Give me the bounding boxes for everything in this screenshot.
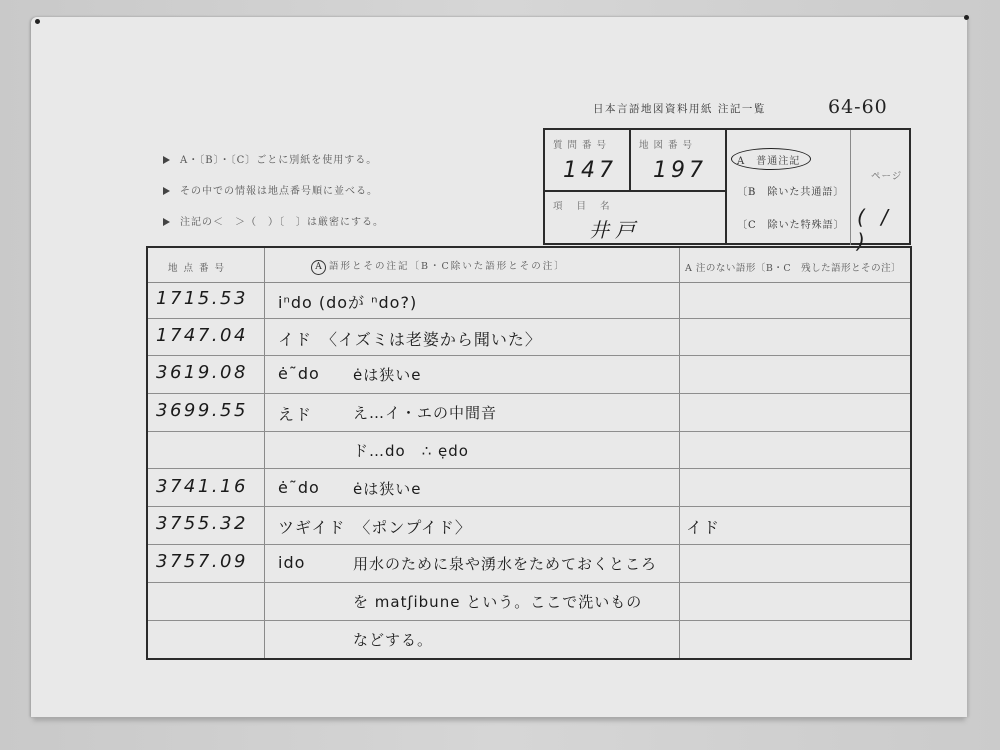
row-line	[148, 318, 910, 319]
annotation-type-cell: A 普通注記 〔B 除いた共通語〕 〔C 除いた特殊語〕	[727, 130, 851, 245]
column-header-plain-forms: A 注のない語形〔B・C 残した語形とその注〕	[685, 260, 901, 274]
column-header-point-number: 地点番号	[168, 260, 230, 274]
item-name-cell: 項目名 井戸	[545, 192, 725, 245]
word-form: ė˜do	[278, 478, 320, 497]
word-note: などする。	[353, 629, 433, 650]
form-title: 日本言語地図資料用紙 注記一覧	[593, 101, 766, 116]
map-number-value: 197	[653, 158, 707, 183]
annotation-table: 地点番号 A語形とその注記〔B・C除いた語形とその注〕 A 注のない語形〔B・C…	[146, 246, 912, 660]
form-code: 64-60	[828, 96, 888, 118]
word-note: え…イ・エの中間音	[353, 402, 497, 423]
word-note: を matʃibune という。ここで洗いもの	[353, 591, 642, 612]
instruction-2: その中での情報は地点番号順に並べる。	[163, 182, 378, 197]
word-form: イド 〈イズミは老婆から聞いた〉	[278, 327, 542, 350]
instruction-3: 注記の＜ ＞（ ）〔 〕は厳密にする。	[163, 213, 384, 228]
item-name-value: 井戸	[589, 214, 641, 243]
option-b: 〔B 除いた共通語〕	[737, 183, 844, 198]
word-form: ido	[278, 553, 305, 572]
question-number-label: 質問番号	[553, 137, 611, 151]
word-note: ド…do ∴ ẹdo	[353, 440, 469, 461]
point-number: 3699.55	[156, 400, 248, 421]
word-note: 用水のために泉や湧水をためておくところ	[353, 553, 657, 574]
question-number-cell: 質問番号 147	[545, 130, 631, 192]
header-divider	[148, 282, 910, 283]
column-divider	[679, 248, 680, 658]
map-number-cell: 地図番号 197	[631, 130, 725, 192]
question-number-value: 147	[563, 158, 617, 183]
point-number: 3619.08	[156, 362, 248, 383]
circled-a-icon: A	[311, 260, 326, 275]
page-label: ページ	[871, 168, 902, 182]
info-box: 質問番号 147 地図番号 197 項目名 井戸 A 普通注記 〔B 除いた共通…	[543, 128, 911, 245]
word-form: えド	[278, 402, 312, 425]
row-line	[148, 355, 910, 356]
word-form: ė˜do	[278, 364, 320, 383]
plain-word-form: イド	[686, 515, 720, 538]
map-number-label: 地図番号	[639, 137, 697, 151]
page-cell: ページ ( / )	[851, 130, 911, 245]
row-line	[148, 393, 910, 394]
word-form: ツギイド 〈ポンプイド〉	[278, 515, 472, 538]
triangle-bullet-icon	[163, 156, 170, 164]
pin-hole	[964, 15, 969, 20]
pin-hole	[35, 19, 40, 24]
triangle-bullet-icon	[163, 187, 170, 195]
column-divider	[264, 248, 265, 658]
row-line	[148, 506, 910, 507]
point-number: 1747.04	[156, 325, 248, 346]
column-header-forms: A語形とその注記〔B・C除いた語形とその注〕	[311, 258, 566, 275]
word-note: ėは狭いe	[353, 478, 421, 499]
option-c: 〔C 除いた特殊語〕	[737, 216, 845, 231]
instruction-1: A・〔B〕・〔C〕ごとに別紙を使用する。	[163, 151, 377, 166]
row-line	[148, 544, 910, 545]
word-note: ėは狭いe	[353, 364, 421, 385]
point-number: 3757.09	[156, 551, 248, 572]
row-line	[148, 582, 910, 583]
word-form: iⁿdo (doが ⁿdo?)	[278, 290, 417, 313]
point-number: 1715.53	[156, 288, 248, 309]
point-number: 3755.32	[156, 513, 248, 534]
point-number: 3741.16	[156, 476, 248, 497]
row-line	[148, 431, 910, 432]
row-line	[148, 620, 910, 621]
triangle-bullet-icon	[163, 218, 170, 226]
item-name-label: 項目名	[553, 198, 624, 212]
option-a: A 普通注記	[737, 152, 800, 167]
row-line	[148, 468, 910, 469]
